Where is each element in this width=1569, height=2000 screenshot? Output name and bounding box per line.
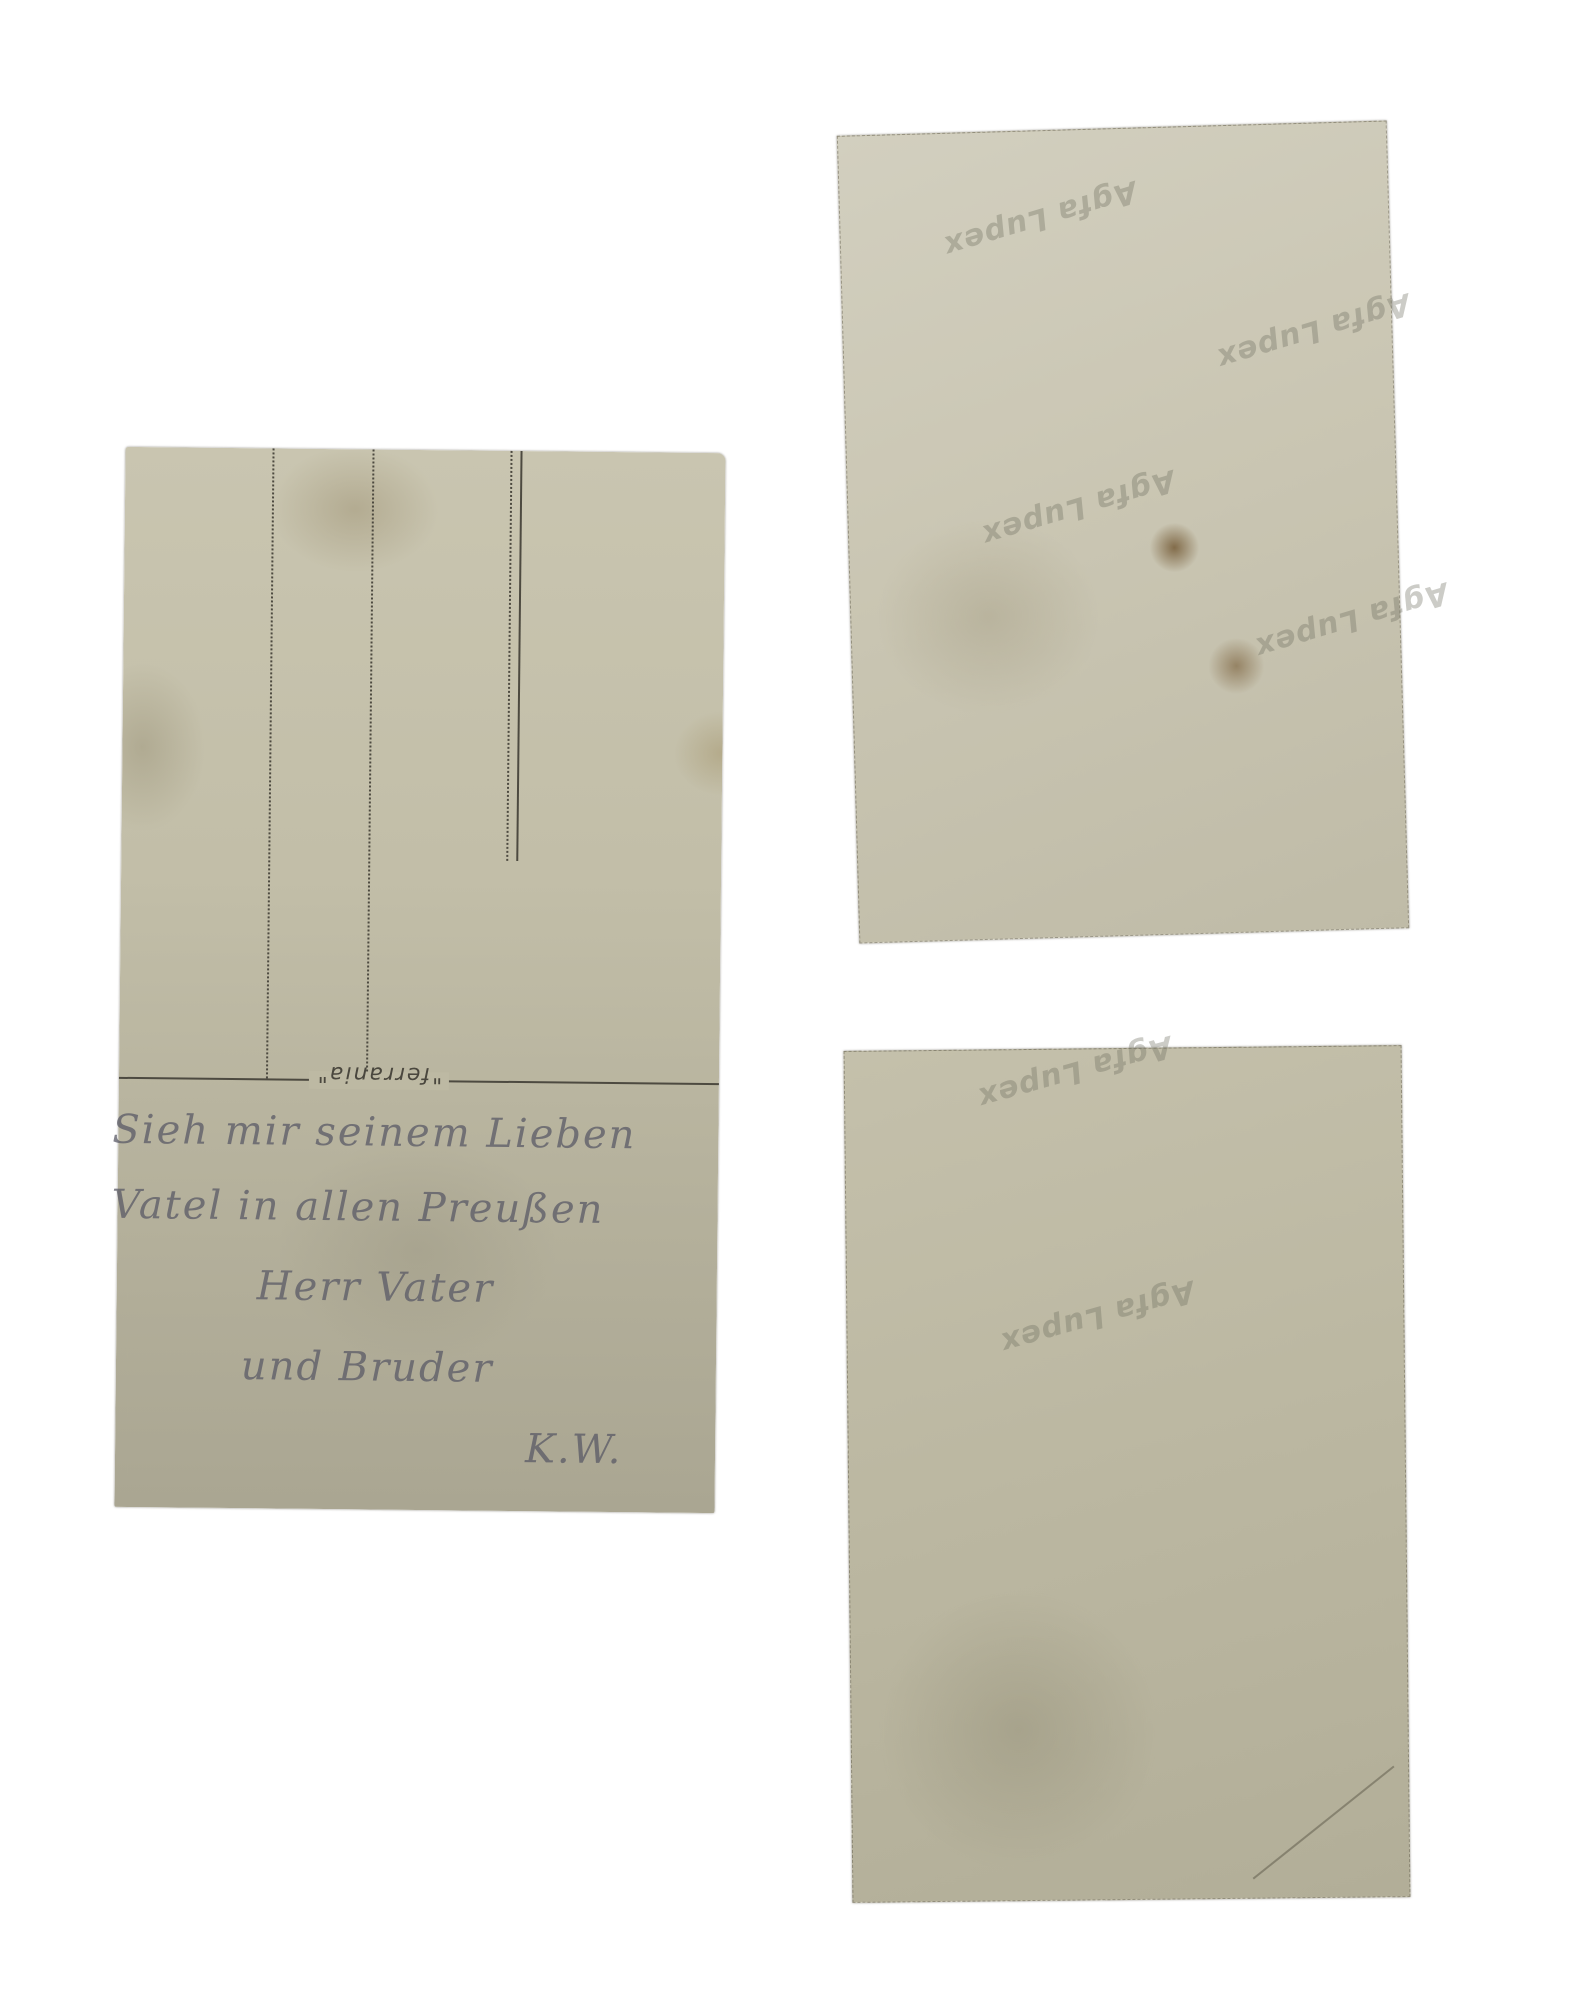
stamp-box-line	[506, 451, 512, 861]
brand-text: "ferrania"	[314, 1061, 444, 1087]
watermark-text: Agfa Lupex	[1251, 575, 1453, 666]
stamp-box-line	[366, 449, 375, 1079]
handwriting-line: Sieh mir seinem Lieben	[112, 1107, 636, 1158]
photo-back-top: Agfa Lupex Agfa Lupex Agfa Lupex Agfa Lu…	[837, 120, 1409, 943]
watermark-text: Agfa Lupex	[1213, 286, 1415, 377]
watermark-text: Agfa Lupex	[974, 1028, 1176, 1116]
postcard-back: "ferrania" Sieh mir seinem Lieben Vatel …	[114, 447, 725, 1513]
handwriting-line: und Bruder	[241, 1343, 494, 1392]
stain	[1149, 522, 1200, 573]
corner-crease	[1253, 1766, 1395, 1880]
photo-back-bottom: Agfa Lupex Agfa Lupex	[844, 1045, 1411, 1903]
signature: K.W.	[525, 1426, 623, 1473]
watermark-text: Agfa Lupex	[939, 173, 1141, 264]
watermark-text: Agfa Lupex	[996, 1273, 1198, 1361]
stamp-box-line	[266, 448, 275, 1078]
address-divider-line	[516, 451, 522, 861]
watermark-text: Agfa Lupex	[977, 462, 1179, 553]
handwriting-line: Vatel in allen Preußen	[111, 1182, 604, 1233]
handwriting-line: Herr Vater	[257, 1263, 495, 1311]
